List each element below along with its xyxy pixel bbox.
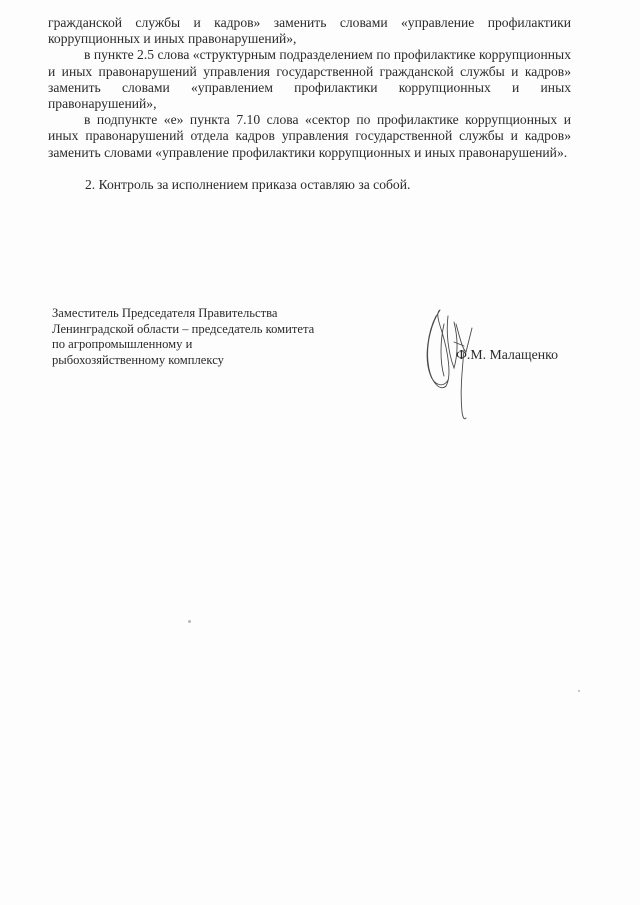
position-line-4: рыбохозяйственному комплексу [52,353,382,369]
paragraph-3: в подпункте «е» пункта 7.10 слова «секто… [48,112,571,161]
signatory-name: Ф.М. Малащенко [456,347,558,363]
position-line-2: Ленинградской области – председатель ком… [52,322,382,338]
position-line-3: по агропромышленному и [52,337,382,353]
position-line-1: Заместитель Председателя Правительства [52,306,382,322]
signatory-position: Заместитель Председателя Правительства Л… [52,306,382,368]
scan-speck [188,620,191,623]
paragraph-1: гражданской службы и кадров» заменить сл… [48,15,571,47]
document-body: гражданской службы и кадров» заменить сл… [48,15,571,193]
scan-speck [578,690,580,692]
document-page: гражданской службы и кадров» заменить сл… [0,0,640,905]
control-clause: 2. Контроль за исполнением приказа остав… [48,177,571,193]
paragraph-2: в пункте 2.5 слова «структурным подразде… [48,47,571,112]
